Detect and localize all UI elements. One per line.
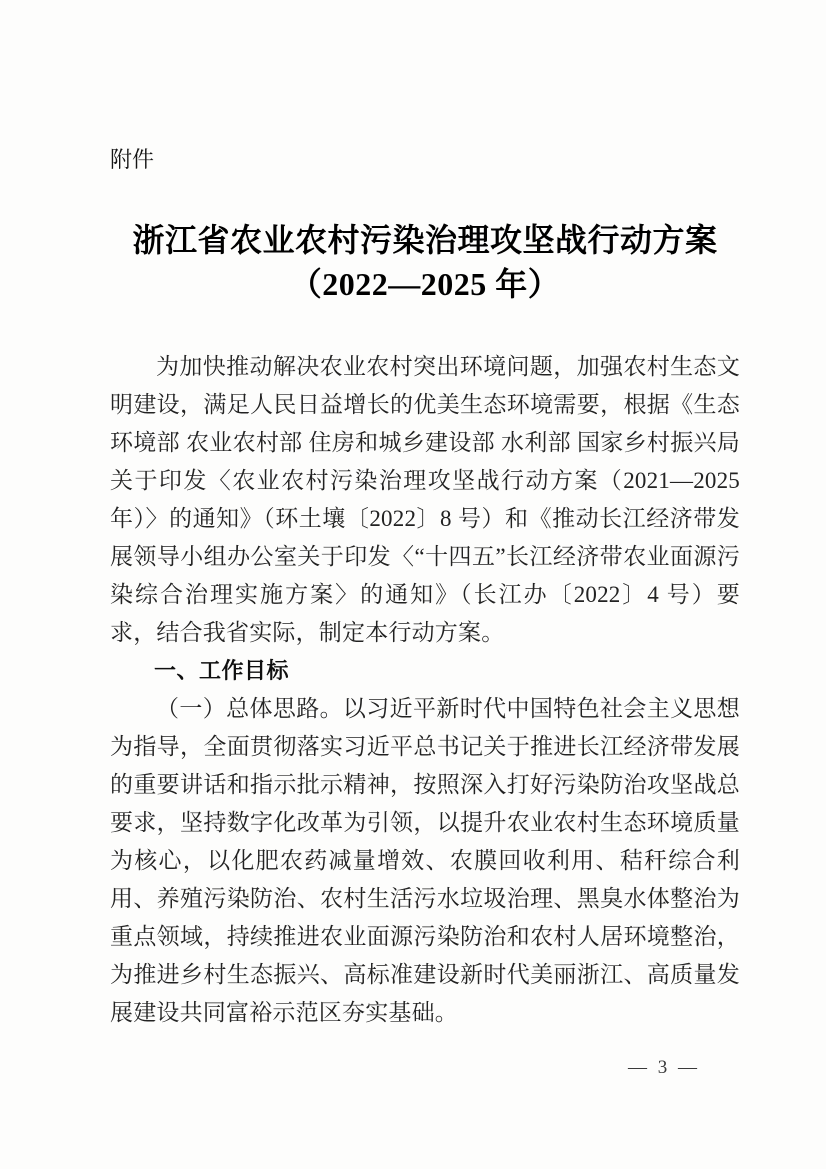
document-title-line2: （2022—2025 年） xyxy=(110,262,740,306)
attachment-label: 附件 xyxy=(110,145,740,175)
document-page: 附件 浙江省农业农村污染治理攻坚战行动方案 （2022—2025 年） 为加快推… xyxy=(0,0,826,1169)
document-title-line1: 浙江省农业农村污染治理攻坚战行动方案 xyxy=(110,218,740,262)
section-heading-work-goals: 一、工作目标 xyxy=(110,652,740,690)
intro-paragraph: 为加快推动解决农业农村突出环境问题，加强农村生态文明建设，满足人民日益增长的优美… xyxy=(110,348,740,652)
overall-approach-paragraph: （一）总体思路。以习近平新时代中国特色社会主义思想为指导，全面贯彻落实习近平总书… xyxy=(110,690,740,1032)
page-number: — 3 — xyxy=(628,1056,700,1080)
document-title: 浙江省农业农村污染治理攻坚战行动方案 （2022—2025 年） xyxy=(110,218,740,306)
